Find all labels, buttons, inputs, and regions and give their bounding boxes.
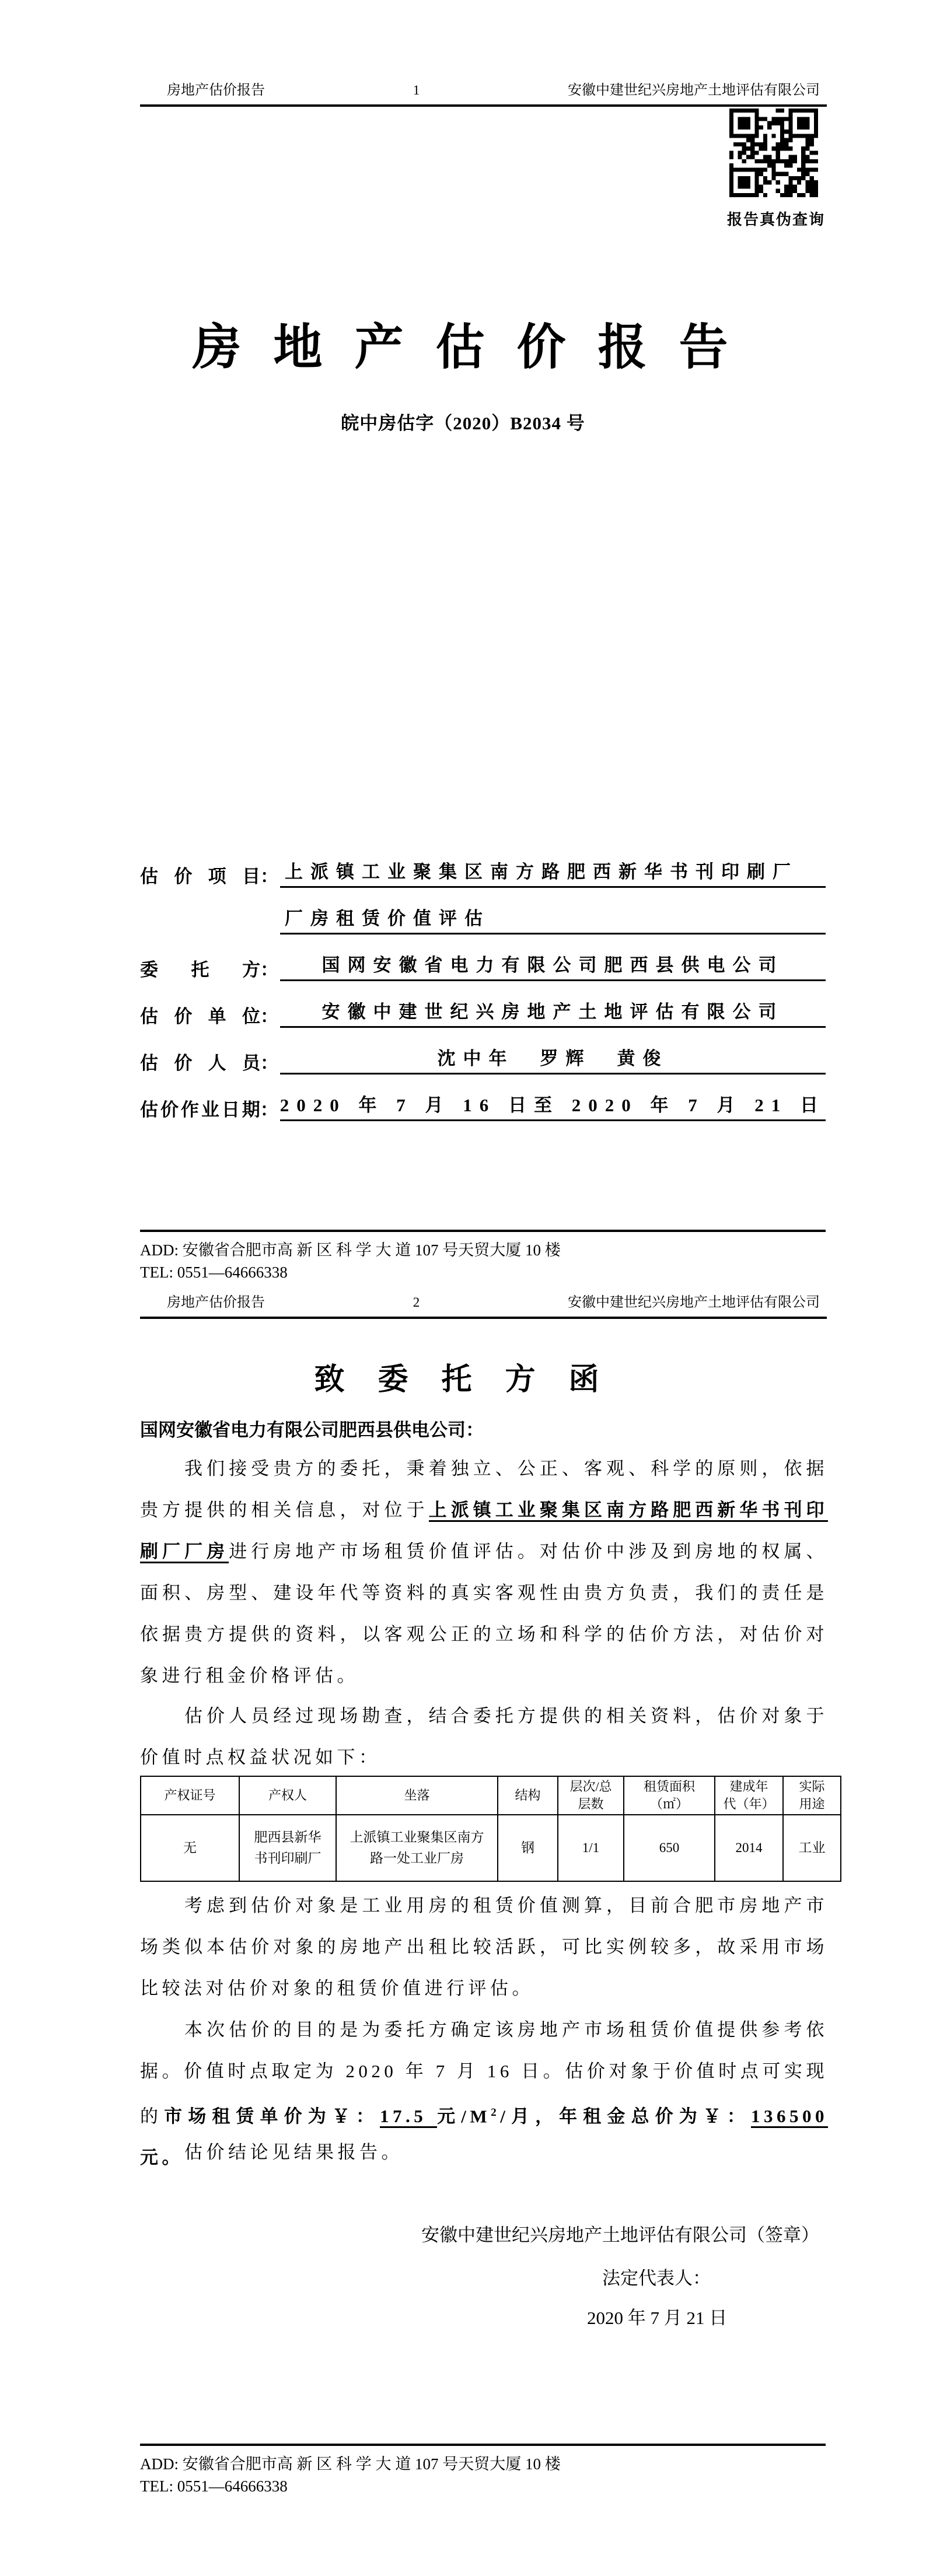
letter-paragraph-5: 估价结论见结果报告。 (140, 2131, 828, 2173)
field-label: 估价作业日期 (140, 1095, 260, 1121)
field-label: 估价单位 (140, 1002, 260, 1028)
footer-tel: TEL: 0551—64666338 (140, 2475, 826, 2497)
cell-location: 上派镇工业聚集区南方 路一处工业厂房 (336, 1815, 498, 1881)
unit-rent-value: 17.5 (380, 2106, 437, 2128)
col-header-lease-area: 租赁面积 （㎡） (624, 1776, 715, 1815)
field-row-project-line2: 厂房租赁价值评估 (140, 908, 826, 935)
running-header-company: 安徽中建世纪兴房地产土地评估有限公司 (568, 1290, 820, 1311)
report-main-title: 房 地 产 估 价 报 告 (0, 308, 926, 379)
running-header-company: 安徽中建世纪兴房地产土地评估有限公司 (568, 78, 820, 99)
report-document: { "header": { "doc_title": "房地产估价报告", "c… (0, 0, 926, 2576)
signature-date: 2020 年 7 月 21 日 (587, 2303, 727, 2329)
field-colon: ： (260, 1002, 280, 1028)
col-header-actual-use: 实际 用途 (783, 1776, 841, 1815)
field-value: 上派镇工业聚集区南方路肥西新华书刊印刷厂 (280, 861, 826, 888)
annual-rent-value: 136500 (751, 2106, 828, 2128)
report-doc-number: 皖中房估字（2020）B2034 号 (0, 408, 926, 435)
field-colon: ： (260, 862, 280, 888)
page1-page-number: 1 (265, 83, 568, 98)
page1-running-footer: ADD: 安徽省合肥市高 新 区 科 学 大 道 107 号天贸大厦 10 楼 … (140, 1230, 826, 1283)
para4-total-label: /月，年租金总价为￥： (500, 2106, 751, 2126)
cell-structure: 钢 (498, 1815, 558, 1881)
page2-running-header: 房地产估价报告 2 安徽中建世纪兴房地产土地评估有限公司 (140, 1290, 827, 1319)
qr-verification-block: 报告真伪查询 (727, 108, 820, 229)
field-value: 安徽中建世纪兴房地产土地评估有限公司 (280, 1001, 826, 1028)
field-value: 厂房租赁价值评估 (280, 908, 826, 935)
table-header-row: 产权证号 产权人 坐落 结构 层次/总 层数 租赁面积 （㎡） 建成年 代（年）… (141, 1776, 841, 1815)
running-header-doc-title: 房地产估价报告 (167, 1290, 265, 1311)
letter-paragraph-3: 考虑到估价对象是工业用房的租赁价值测算，目前合肥市房地产市场类似本估价对象的房地… (140, 1885, 828, 2009)
field-label: 估价人员 (140, 1048, 260, 1074)
col-header-owner: 产权人 (239, 1776, 336, 1815)
col-header-location: 坐落 (336, 1776, 498, 1815)
qr-code-icon (729, 108, 818, 197)
para4-unit-price-label: 市场租赁单价为￥： (164, 2106, 380, 2126)
property-rights-table: 产权证号 产权人 坐落 结构 层次/总 层数 租赁面积 （㎡） 建成年 代（年）… (140, 1776, 841, 1882)
field-value: 国网安徽省电力有限公司肥西县供电公司 (280, 954, 826, 981)
running-header-doc-title: 房地产估价报告 (167, 78, 265, 99)
col-header-cert-no: 产权证号 (141, 1776, 239, 1815)
field-row-appraisal-firm: 估价单位 ： 安徽中建世纪兴房地产土地评估有限公司 (140, 1001, 826, 1028)
para4-superscript: 2 (491, 2106, 500, 2119)
field-colon: ： (260, 1048, 280, 1074)
field-value: 2020 年 7 月 16 日至 2020 年 7 月 21 日 (280, 1094, 826, 1121)
col-header-structure: 结构 (498, 1776, 558, 1815)
field-row-work-dates: 估价作业日期 ： 2020 年 7 月 16 日至 2020 年 7 月 21 … (140, 1094, 826, 1121)
field-row-client: 委托方 ： 国网安徽省电力有限公司肥西县供电公司 (140, 954, 826, 981)
para4-unit: 元/M (437, 2106, 491, 2126)
field-row-appraisers: 估价人员 ： 沈中年 罗辉 黄俊 (140, 1048, 826, 1074)
qr-caption: 报告真伪查询 (727, 208, 820, 229)
page2-page-number: 2 (265, 1295, 568, 1310)
signature-legal-rep: 法定代表人： (602, 2263, 711, 2290)
letter-title: 致 委 托 方 函 (0, 1354, 926, 1398)
para1-post: 进行房地产市场租赁价值评估。对估价中涉及到房地的权属、面积、房型、建设年代等资料… (140, 1541, 828, 1686)
cell-floors: 1/1 (558, 1815, 624, 1881)
field-colon: ： (260, 955, 280, 981)
field-colon: ： (260, 1095, 280, 1121)
field-label: 委托方 (140, 955, 260, 981)
signature-company: 安徽中建世纪兴房地产土地评估有限公司（签章） (421, 2220, 819, 2246)
col-header-build-year: 建成年 代（年） (715, 1776, 783, 1815)
footer-address: ADD: 安徽省合肥市高 新 区 科 学 大 道 107 号天贸大厦 10 楼 (140, 2453, 826, 2475)
table-row: 无 肥西县新华 书刊印刷厂 上派镇工业聚集区南方 路一处工业厂房 钢 1/1 6… (141, 1815, 841, 1881)
footer-address: ADD: 安徽省合肥市高 新 区 科 学 大 道 107 号天贸大厦 10 楼 (140, 1239, 826, 1261)
field-value: 沈中年 罗辉 黄俊 (280, 1048, 826, 1074)
field-label: 估价项目 (140, 862, 260, 888)
cell-lease-area: 650 (624, 1815, 715, 1881)
page1-running-header: 房地产估价报告 1 安徽中建世纪兴房地产土地评估有限公司 (140, 78, 827, 107)
cell-cert-no: 无 (141, 1815, 239, 1881)
col-header-floors: 层次/总 层数 (558, 1776, 624, 1815)
field-row-project: 估价项目 ： 上派镇工业聚集区南方路肥西新华书刊印刷厂 (140, 861, 826, 888)
letter-salutation: 国网安徽省电力有限公司肥西县供电公司： (140, 1415, 484, 1441)
cell-build-year: 2014 (715, 1815, 783, 1881)
footer-tel: TEL: 0551—64666338 (140, 1261, 826, 1283)
cell-owner: 肥西县新华 书刊印刷厂 (239, 1815, 336, 1881)
letter-paragraph-1: 我们接受贵方的委托，秉着独立、公正、客观、科学的原则，依据贵方提供的相关信息，对… (140, 1448, 828, 1696)
page2-running-footer: ADD: 安徽省合肥市高 新 区 科 学 大 道 107 号天贸大厦 10 楼 … (140, 2444, 826, 2497)
letter-paragraph-2: 估价人员经过现场勘查，结合委托方提供的相关资料，估价对象于价值时点权益状况如下： (140, 1695, 828, 1778)
cell-actual-use: 工业 (783, 1815, 841, 1881)
